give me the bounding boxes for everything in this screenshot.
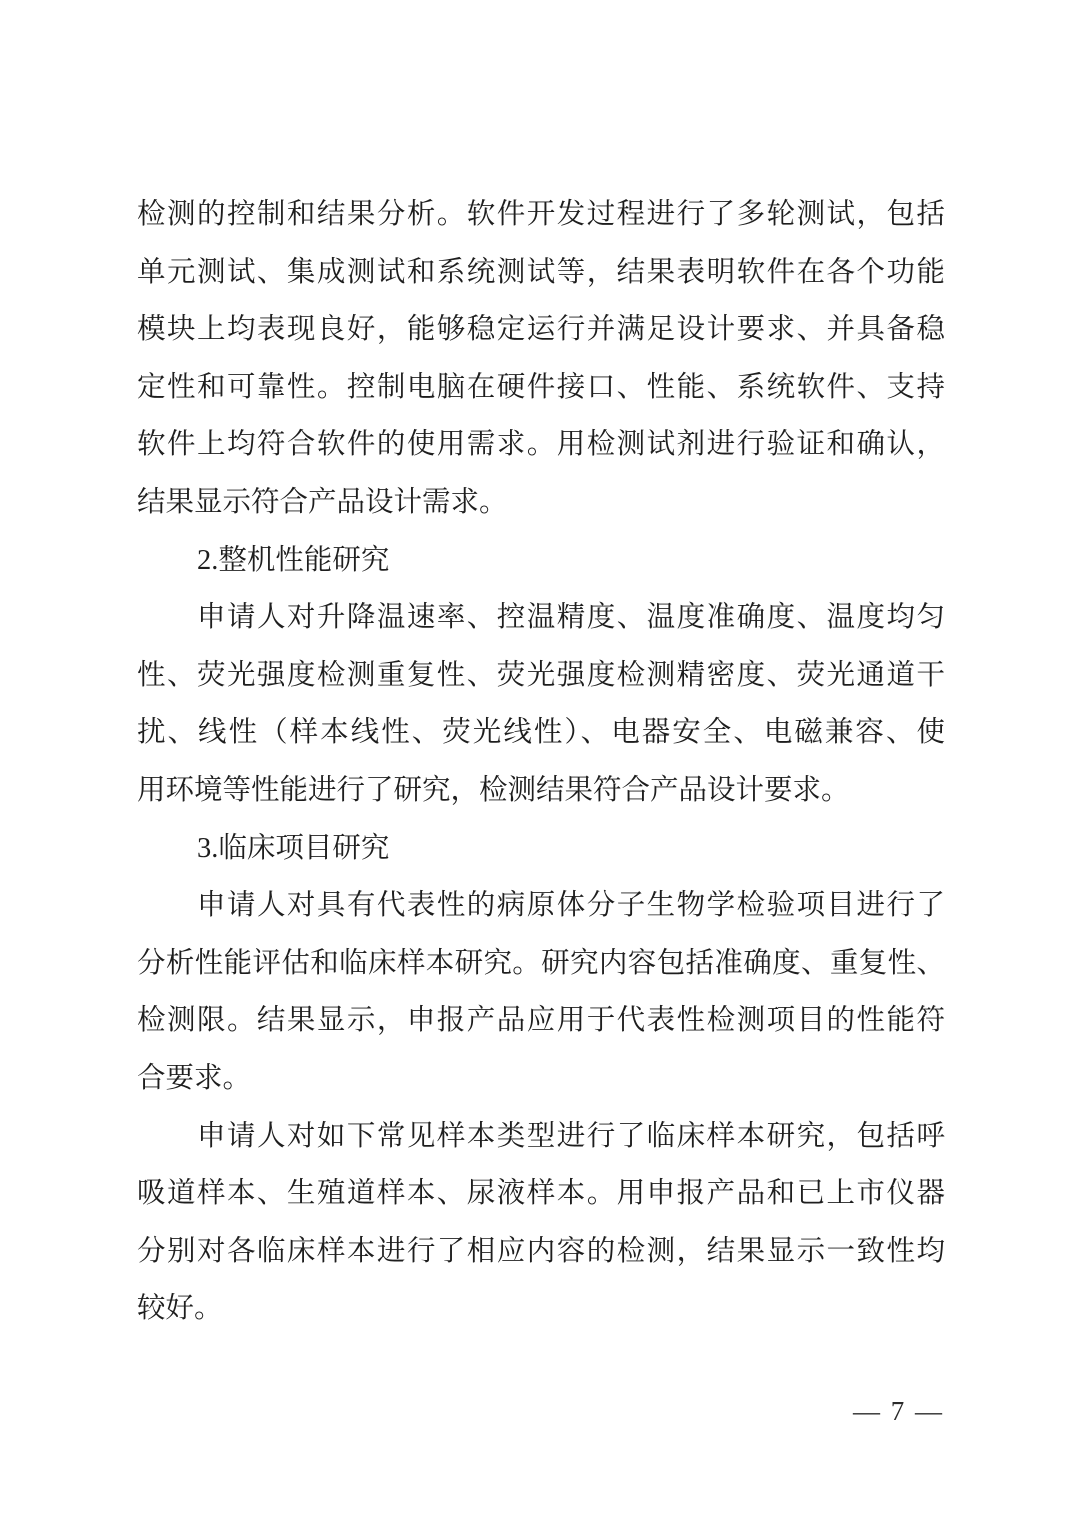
text-line: 模块上均表现良好，能够稳定运行并满足设计要求、并具备稳 <box>137 301 945 359</box>
text-block: 检测的控制和结果分析。软件开发过程进行了多轮测试，包括 单元测试、集成测试和系统… <box>137 186 945 1338</box>
section-heading: 3.临床项目研究 <box>137 820 945 878</box>
document-page: 检测的控制和结果分析。软件开发过程进行了多轮测试，包括 单元测试、集成测试和系统… <box>0 0 1080 1527</box>
paragraph-sample-types: 申请人对如下常见样本类型进行了临床样本研究，包括呼 吸道样本、生殖道样本、尿液样… <box>137 1108 945 1338</box>
heading-2-machine-performance: 2.整机性能研究 <box>137 532 945 590</box>
text-line: 申请人对如下常见样本类型进行了临床样本研究，包括呼 <box>137 1108 945 1166</box>
text-line: 定性和可靠性。控制电脑在硬件接口、性能、系统软件、支持 <box>137 359 945 417</box>
paragraph-clinical-evaluation: 申请人对具有代表性的病原体分子生物学检验项目进行了 分析性能评估和临床样本研究。… <box>137 877 945 1107</box>
text-line: 用环境等性能进行了研究，检测结果符合产品设计要求。 <box>137 762 945 820</box>
section-heading: 2.整机性能研究 <box>137 532 945 590</box>
text-line: 较好。 <box>137 1280 945 1338</box>
paragraph-machine-performance: 申请人对升降温速率、控温精度、温度准确度、温度均匀 性、荧光强度检测重复性、荧光… <box>137 589 945 819</box>
text-line: 结果显示符合产品设计需求。 <box>137 474 945 532</box>
text-line: 合要求。 <box>137 1050 945 1108</box>
text-line: 单元测试、集成测试和系统测试等，结果表明软件在各个功能 <box>137 244 945 302</box>
text-line: 分析性能评估和临床样本研究。研究内容包括准确度、重复性、 <box>137 935 945 993</box>
text-line: 检测的控制和结果分析。软件开发过程进行了多轮测试，包括 <box>137 186 945 244</box>
text-line: 吸道样本、生殖道样本、尿液样本。用申报产品和已上市仪器 <box>137 1165 945 1223</box>
page-number: — 7 — <box>853 1394 944 1428</box>
paragraph-software-testing: 检测的控制和结果分析。软件开发过程进行了多轮测试，包括 单元测试、集成测试和系统… <box>137 186 945 532</box>
text-line: 性、荧光强度检测重复性、荧光强度检测精密度、荧光通道干 <box>137 647 945 705</box>
text-line: 软件上均符合软件的使用需求。用检测试剂进行验证和确认， <box>137 416 945 474</box>
heading-3-clinical-project: 3.临床项目研究 <box>137 820 945 878</box>
text-line: 申请人对升降温速率、控温精度、温度准确度、温度均匀 <box>137 589 945 647</box>
text-line: 检测限。结果显示，申报产品应用于代表性检测项目的性能符 <box>137 992 945 1050</box>
text-line: 分别对各临床样本进行了相应内容的检测，结果显示一致性均 <box>137 1223 945 1281</box>
text-line: 扰、线性（样本线性、荧光线性）、电器安全、电磁兼容、使 <box>137 704 945 762</box>
text-line: 申请人对具有代表性的病原体分子生物学检验项目进行了 <box>137 877 945 935</box>
